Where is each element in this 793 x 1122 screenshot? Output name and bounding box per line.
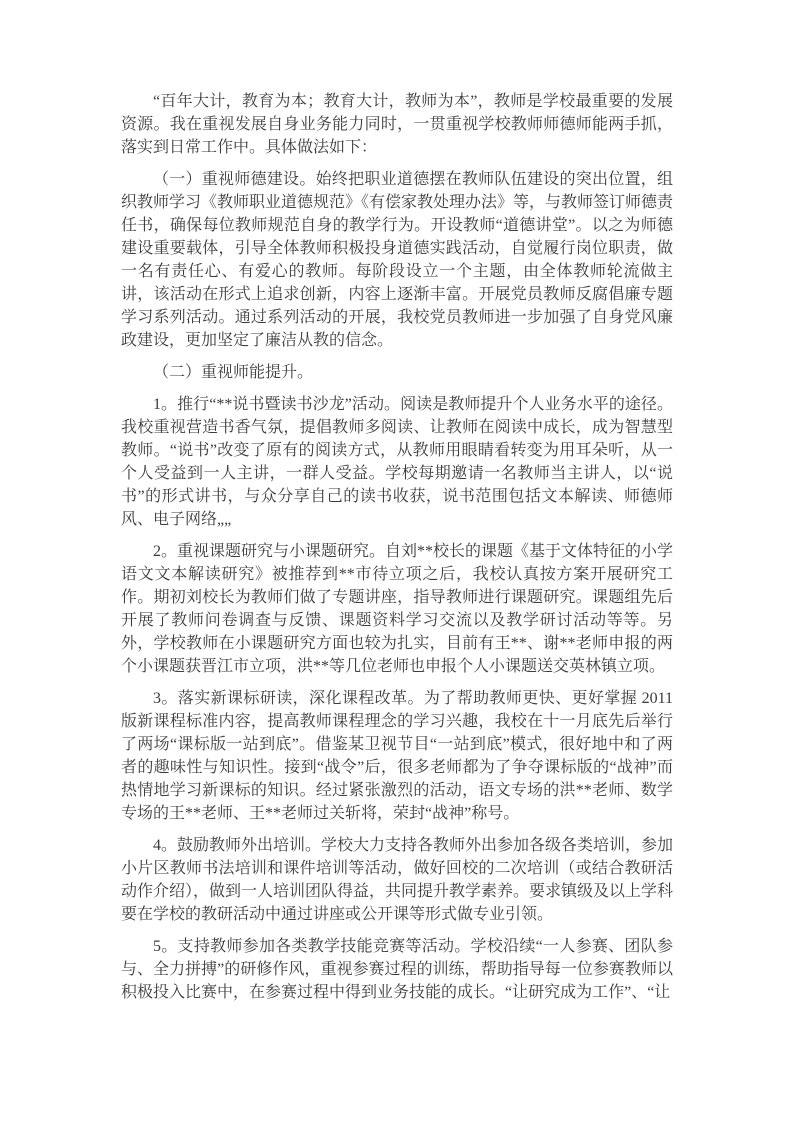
section-1-paragraph: （一）重视师德建设。始终把职业道德摆在教师队伍建设的突出位置，组织教师学习《教师… xyxy=(121,168,673,352)
item-1-paragraph: 1。推行“**说书暨读书沙龙”活动。阅读是教师提升个人业务水平的途径。我校重视营… xyxy=(121,393,673,531)
document-body: “百年大计，教育为本；教育大计，教师为本”，教师是学校最重要的发展资源。我在重视… xyxy=(121,90,673,1004)
item-2-paragraph: 2。重视课题研究与小课题研究。自刘**校长的课题《基于文体特征的小学语文文本解读… xyxy=(121,540,673,678)
item-5-paragraph: 5。支持教师参加各类教学技能竞赛等活动。学校沿续“一人参赛、团队参与、全力拼搏”… xyxy=(121,935,673,1004)
intro-paragraph: “百年大计，教育为本；教育大计，教师为本”，教师是学校最重要的发展资源。我在重视… xyxy=(121,90,673,159)
item-3-paragraph: 3。落实新课标研读，深化课程改革。为了帮助教师更快、更好掌握 2011版新课程标… xyxy=(121,687,673,825)
document-page: “百年大计，教育为本；教育大计，教师为本”，教师是学校最重要的发展资源。我在重视… xyxy=(0,0,793,1122)
section-2-heading: （二）重视师能提升。 xyxy=(121,361,673,384)
item-4-paragraph: 4。鼓励教师外出培训。学校大力支持各教师外出参加各级各类培训，参加小片区教师书法… xyxy=(121,834,673,926)
